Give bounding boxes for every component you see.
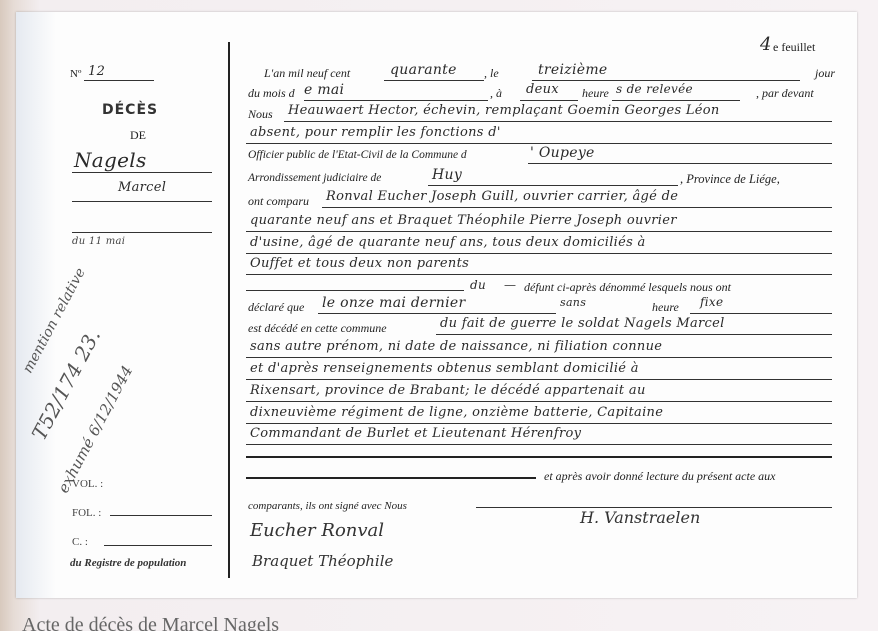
line15-rule [246, 379, 832, 380]
officer-name: Heauwaert Hector, échevin, remplaçant Go… [288, 103, 720, 118]
death-detail-5: Commandant de Burlet et Lieutenant Héren… [250, 426, 581, 441]
line12-mid: sans [560, 296, 586, 309]
blank-rule-2 [246, 477, 536, 479]
hour-detail-rule [612, 100, 740, 101]
day-value: treizième [538, 62, 607, 78]
witness-declaration-4: Ouffet et tous deux non parents [250, 256, 469, 271]
line2-mid2: heure [582, 86, 609, 101]
line7-rule [322, 207, 832, 208]
document-caption: Acte de décès de Marcel Nagels [22, 614, 279, 631]
death-detail-2: et d'après renseignements obtenus sembla… [250, 361, 639, 376]
signature-officer: H. Vanstraelen [580, 508, 700, 527]
sheet-label: e feuillet [773, 40, 815, 55]
commune-value: ' Oupeye [530, 145, 595, 161]
fol-rule [110, 515, 212, 516]
sheet-shading [16, 12, 56, 598]
vol-label: VOL. : [72, 478, 103, 490]
line1-prefix: L'an mil neuf cent [264, 66, 350, 81]
line3-prefix: Nous [248, 107, 273, 122]
line6-suffix: , Province de Liége, [680, 172, 780, 187]
line13-prefix: est décédé en cette commune [248, 321, 387, 336]
date-rule [72, 232, 212, 233]
witness-declaration-3: d'usine, âgé de quarante neuf ans, tous … [250, 235, 646, 250]
line12-mid2: heure [652, 300, 679, 315]
c-rule [104, 545, 212, 546]
line16-rule [246, 401, 832, 402]
day-rule [532, 80, 800, 81]
witness-declaration-2: quarante neuf ans et Braquet Théophile P… [250, 213, 677, 228]
death-date-rule [318, 313, 556, 314]
signature-witness-2: Braquet Théophile [252, 552, 393, 570]
line11-du: du [470, 278, 486, 292]
hour-detail: s de relevée [616, 82, 693, 96]
line7-prefix: ont comparu [248, 194, 309, 209]
number-rule [84, 80, 154, 81]
death-detail-3: Rixensart, province de Brabant; le décéd… [250, 383, 646, 398]
de-label: DE [130, 128, 146, 143]
deceased-surname: Nagels [74, 148, 147, 172]
line5-prefix: Officier public de l'Etat-Civil de la Co… [248, 149, 467, 161]
commune-rule [528, 163, 832, 164]
line2-prefix: du mois d [248, 86, 295, 101]
line2-suffix: , par devant [756, 86, 814, 101]
death-detail-1: sans autre prénom, ni date de naissance,… [250, 339, 662, 354]
number-label: Nº [70, 68, 81, 80]
line12-prefix: déclaré que [248, 300, 304, 315]
fol-label: FOL. : [72, 507, 101, 519]
signature-witness-1: Eucher Ronval [250, 520, 384, 541]
sheet-number: 4 [760, 34, 772, 55]
death-date: le onze mai dernier [322, 295, 465, 311]
line17-rule [246, 423, 832, 424]
hour-rule [520, 100, 578, 101]
date-note: du 11 mai [72, 236, 125, 247]
number-value: 12 [88, 64, 105, 79]
officer-role: absent, pour remplir les fonctions d' [250, 125, 501, 140]
witness-declaration-1: Ronval Eucher Joseph Guill, ouvrier carr… [326, 189, 678, 204]
death-hour: fixe [700, 295, 723, 309]
death-detail-4: dixneuvième régiment de ligne, onzième b… [250, 405, 663, 420]
hour-value: deux [526, 82, 559, 97]
first-name-rule [72, 201, 212, 202]
line11-rule [246, 290, 464, 291]
death-circumstance: du fait de guerre le soldat Nagels Marce… [440, 316, 725, 331]
line8-rule [246, 231, 832, 232]
officer-rule [284, 121, 832, 122]
arrondissement-rule [428, 185, 678, 186]
year-rule [384, 80, 484, 81]
line18-rule [246, 444, 832, 445]
officer-role-rule [246, 143, 832, 144]
line20-prefix: comparants, ils ont signé avec Nous [248, 500, 407, 512]
line1-mid: , le [484, 66, 499, 81]
month-rule [304, 100, 488, 101]
arrondissement-value: Huy [432, 167, 462, 183]
column-divider [228, 42, 230, 578]
register-label: du Registre de population [70, 557, 186, 569]
line14-rule [246, 357, 832, 358]
line11-suffix: défunt ci-après dénommé lesquels nous on… [524, 280, 731, 295]
line13-rule [436, 334, 832, 335]
death-hour-rule [690, 313, 832, 314]
line9-rule [246, 253, 832, 254]
blank-rule-1 [246, 456, 832, 458]
deces-title: DÉCÈS [102, 102, 158, 118]
year-value: quarante [390, 62, 457, 78]
surname-rule [72, 172, 212, 173]
line11-dash: — [504, 278, 516, 292]
month-value: e mai [304, 82, 344, 98]
deceased-first-name: Marcel [118, 180, 166, 195]
line6-prefix: Arrondissement judiciaire de [248, 172, 381, 184]
line19-suffix: et après avoir donné lecture du présent … [544, 469, 776, 484]
line2-mid: , à [490, 86, 502, 101]
line10-rule [246, 274, 832, 275]
line1-suffix: jour [815, 66, 835, 81]
c-label: C. : [72, 536, 88, 548]
